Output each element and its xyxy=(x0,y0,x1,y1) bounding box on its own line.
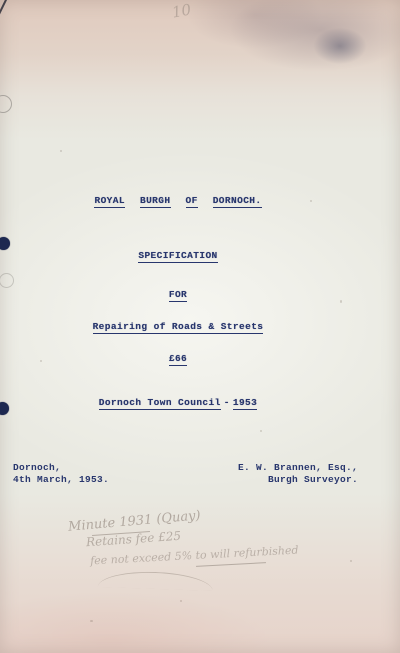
punch-hole-outline-top xyxy=(0,95,12,113)
heading-number: £66 xyxy=(0,353,356,364)
heading-for: FOR xyxy=(0,289,356,300)
punch-hole-filled-1 xyxy=(0,237,10,250)
corner-ink-mark xyxy=(0,0,8,15)
council-year-text: 1953 xyxy=(233,397,257,410)
footer-place-date: Dornoch, 4th March, 1953. xyxy=(13,462,109,485)
footer-date: 4th March, 1953. xyxy=(13,474,109,486)
pencil-note-line3: fee not exceed 5% to will refurbished xyxy=(90,544,299,568)
heading-subject: Repairing of Roads & Streets xyxy=(0,321,356,332)
heading-number-text: £66 xyxy=(169,353,187,366)
title-word-royal: ROYAL xyxy=(94,195,125,208)
council-name-text: Dornoch Town Council xyxy=(99,397,221,410)
title-word-of: OF xyxy=(186,195,198,208)
document-title: ROYAL BURGH OF DORNOCH. xyxy=(0,195,356,208)
pencil-underline-2 xyxy=(196,562,266,567)
footer-place: Dornoch, xyxy=(13,462,109,474)
heading-for-text: FOR xyxy=(169,289,187,302)
footer-recipient-title: Burgh Surveyor. xyxy=(238,474,358,486)
pencil-note-line1: Minute 1931 (Quay) xyxy=(68,508,202,535)
heading-specification: SPECIFICATION xyxy=(0,250,356,261)
council-separator: - xyxy=(224,397,230,408)
heading-council: Dornoch Town Council-1953 xyxy=(0,397,356,408)
footer-recipient: E. W. Brannen, Esq., xyxy=(238,462,358,474)
heading-specification-text: SPECIFICATION xyxy=(138,250,217,263)
scanned-document-page: 10 ROYAL BURGH OF DORNOCH. SPECIFICATION… xyxy=(0,0,400,653)
punch-hole-outline-2 xyxy=(0,273,14,288)
heading-subject-text: Repairing of Roads & Streets xyxy=(93,321,264,334)
title-word-dornoch: DORNOCH. xyxy=(213,195,262,208)
pencil-curve-mark xyxy=(98,570,214,591)
footer-surveyor: E. W. Brannen, Esq., Burgh Surveyor. xyxy=(238,462,358,485)
title-word-burgh: BURGH xyxy=(140,195,171,208)
pencil-top-mark: 10 xyxy=(171,0,193,21)
